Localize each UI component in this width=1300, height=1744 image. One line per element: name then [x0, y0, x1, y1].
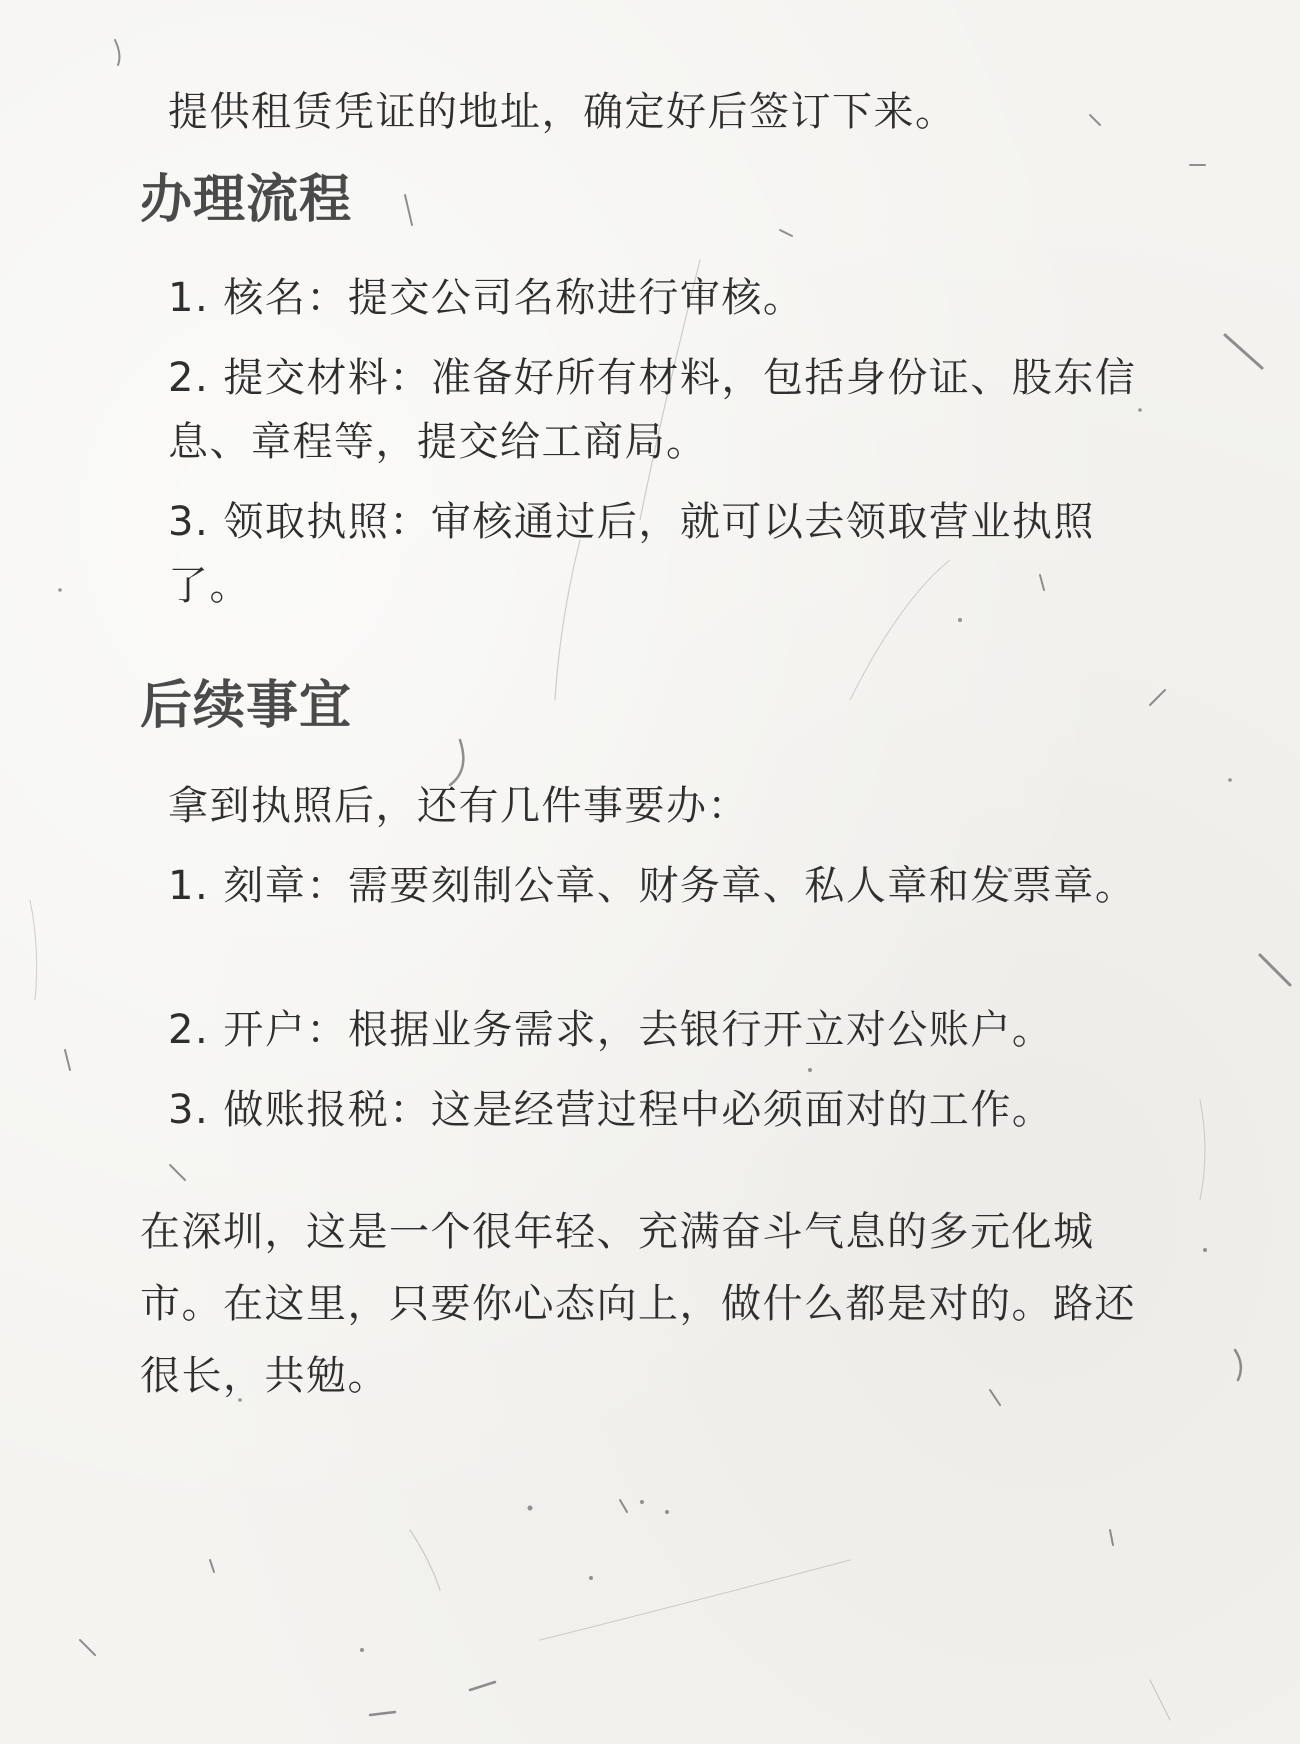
- followup-step-1: 1. 刻章：需要刻制公章、财务章、私人章和发票章。: [168, 854, 1158, 918]
- followup-lead: 拿到执照后，还有几件事要办：: [168, 774, 1158, 838]
- intro-paragraph: 提供租赁凭证的地址，确定好后签订下来。: [168, 80, 1158, 144]
- process-step-2: 2. 提交材料：准备好所有材料，包括身份证、股东信息、章程等，提交给工商局。: [168, 346, 1158, 474]
- process-step-1: 1. 核名：提交公司名称进行审核。: [168, 266, 1158, 330]
- followup-step-2: 2. 开户：根据业务需求，去银行开立对公账户。: [168, 998, 1158, 1062]
- closing-paragraph: 在深圳，这是一个很年轻、充满奋斗气息的多元化城市。在这里，只要你心态向上，做什么…: [140, 1196, 1158, 1412]
- section-heading-followup: 后续事宜: [140, 676, 352, 736]
- followup-step-3: 3. 做账报税：这是经营过程中必须面对的工作。: [168, 1078, 1158, 1142]
- process-step-3: 3. 领取执照：审核通过后，就可以去领取营业执照了。: [168, 490, 1158, 618]
- section-heading-process: 办理流程: [140, 170, 352, 230]
